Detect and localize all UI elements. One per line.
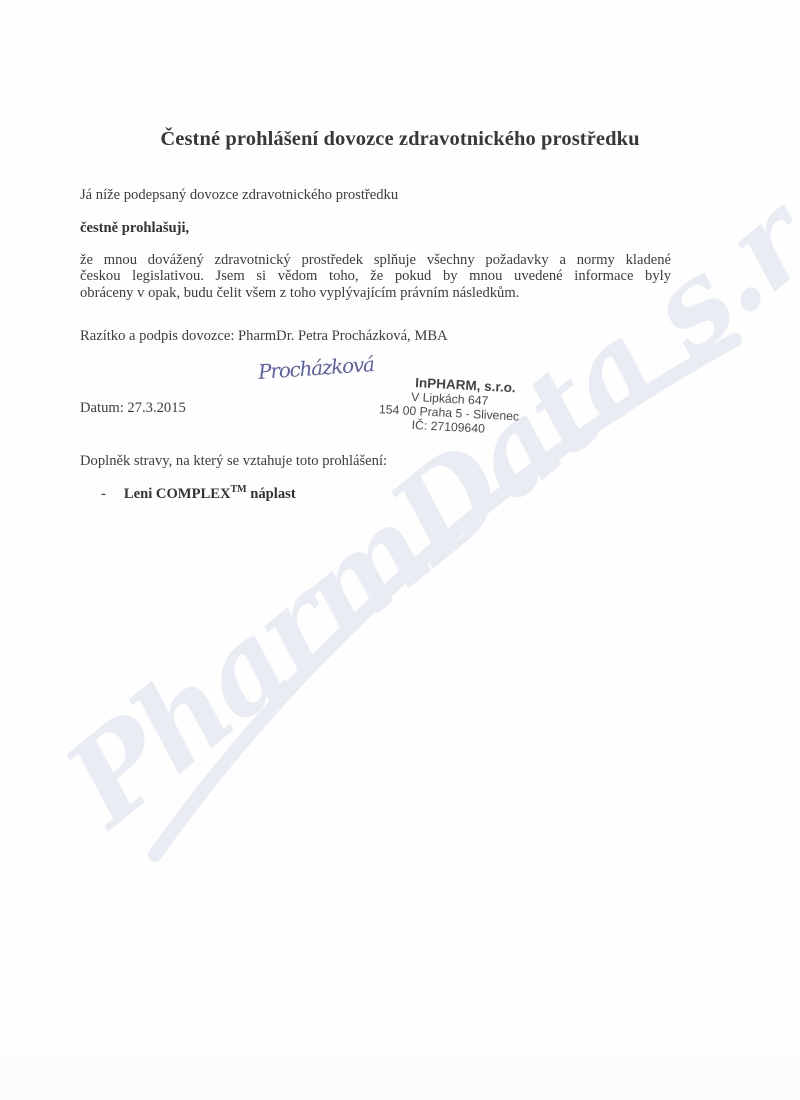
- paragraph-line: že mnou dovážený zdravotnický prostředek…: [80, 252, 671, 268]
- trademark-mark: TM: [231, 484, 247, 495]
- page-bottom-edge: [0, 1055, 800, 1100]
- paragraph-line: obráceny v opak, budu čelit všem z toho …: [80, 285, 671, 301]
- company-stamp: InPHARM, s.r.o. V Lipkách 647 154 00 Pra…: [373, 373, 526, 438]
- declaration-paragraph: že mnou dovážený zdravotnický prostředek…: [80, 252, 671, 301]
- product-suffix: náplast: [247, 486, 296, 502]
- product-name: Leni COMPLEX: [124, 486, 231, 502]
- watermark: PharmData s.r.o.: [0, 0, 800, 1100]
- paragraph-line: českou legislativou. Jsem si vědom toho,…: [80, 268, 671, 284]
- document-page: PharmData s.r.o. Čestné prohlášení dovoz…: [0, 0, 800, 1100]
- product-list-item: -Leni COMPLEXTM náplast: [101, 486, 296, 503]
- intro-text: Já níže podepsaný dovozce zdravotnického…: [80, 187, 398, 204]
- signature-label: Razítko a podpis dovozce: PharmDr. Petra…: [80, 328, 448, 345]
- page-title: Čestné prohlášení dovozce zdravotnického…: [0, 128, 800, 151]
- handwritten-signature: Procházková: [257, 352, 374, 384]
- date-line: Datum: 27.3.2015: [80, 400, 186, 417]
- bullet-dash: -: [101, 486, 106, 502]
- scope-label: Doplněk stravy, na který se vztahuje tot…: [80, 453, 387, 470]
- declaration-heading: čestně prohlašuji,: [80, 220, 189, 237]
